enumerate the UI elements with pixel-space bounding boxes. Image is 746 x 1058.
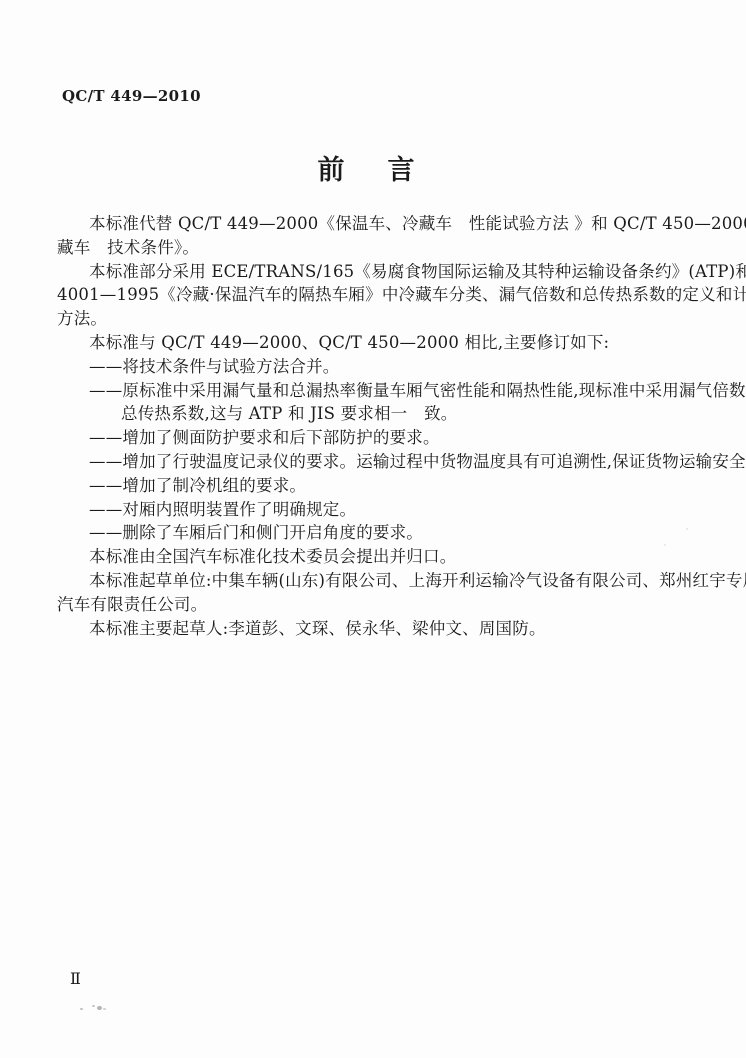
body-line: 4001—1995《冷藏·保温汽车的隔热车厢》中冷藏车分类、漏气倍数和总传热系数… <box>57 283 693 307</box>
body-line: 汽车有限责任公司。 <box>57 593 693 617</box>
foreword-body: 本标准代替 QC/T 449—2000《保温车、冷藏车 性能试验方法 》和 QC… <box>57 212 693 640</box>
body-line: ——增加了制冷机组的要求。 <box>57 474 693 498</box>
body-line: ——将技术条件与试验方法合并。 <box>57 355 693 379</box>
body-line: 本标准代替 QC/T 449—2000《保温车、冷藏车 性能试验方法 》和 QC… <box>57 212 693 236</box>
body-line: ——删除了车厢后门和侧门开启角度的要求。 <box>57 521 693 545</box>
body-line: 方法。 <box>57 307 693 331</box>
body-line: 本标准部分采用 ECE/TRANS/165《易腐食物国际运输及其特种运输设备条约… <box>57 260 693 284</box>
body-line: 藏车 技术条件》。 <box>57 236 693 260</box>
body-line: ——增加了行驶温度记录仪的要求。运输过程中货物温度具有可追溯性,保证货物运输安全… <box>57 450 693 474</box>
body-line: 本标准与 QC/T 449—2000、QC/T 450—2000 相比,主要修订… <box>57 331 693 355</box>
body-line: 本标准起草单位:中集车辆(山东)有限公司、上海开利运输冷气设备有限公司、郑州红宇… <box>57 569 693 593</box>
body-line: 总传热系数,这与 ATP 和 JIS 要求相一 致。 <box>57 402 693 426</box>
body-line: 本标准由全国汽车标准化技术委员会提出并归口。 <box>57 545 693 569</box>
document-page: QC/T 449—2010 前 言 本标准代替 QC/T 449—2000《保温… <box>0 0 746 1058</box>
body-line: ——对厢内照明装置作了明确规定。 <box>57 498 693 522</box>
page-title: 前 言 <box>0 148 740 187</box>
page-number: Ⅱ <box>70 969 81 988</box>
body-line: ——原标准中采用漏气量和总漏热率衡量车厢气密性能和隔热性能,现标准中采用漏气倍数… <box>57 379 693 403</box>
scan-artifact <box>80 1008 83 1010</box>
scan-artifact <box>686 528 688 530</box>
body-line: 本标准主要起草人:李道彭、文琛、侯永华、梁仲文、周国防。 <box>57 617 693 641</box>
body-line: ——增加了侧面防护要求和后下部防护的要求。 <box>57 426 693 450</box>
standard-number: QC/T 449—2010 <box>62 87 201 105</box>
